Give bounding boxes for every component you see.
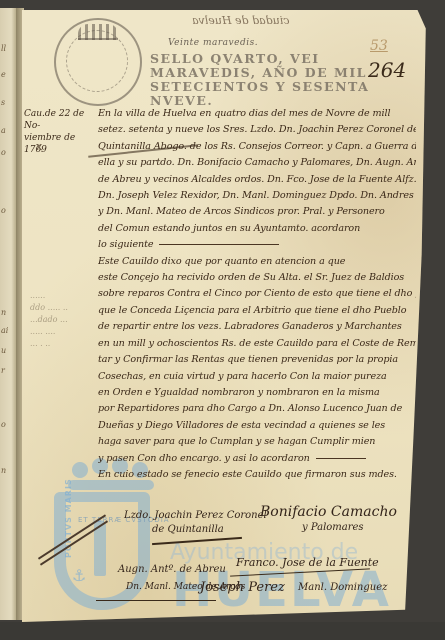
faded-bleed-text: ...... ddo ..... .. ...dado ... ..... ..… [30, 290, 94, 350]
text-line: Este Cauildo dixo que por quanto en aten… [98, 254, 416, 270]
watermark-anchor-icon: ⚓ [72, 566, 86, 585]
faded-line: ...dado ... [30, 314, 94, 326]
text-line-content: lo siguiente [98, 239, 153, 250]
signature: Franco. Jose de la Fuente [236, 556, 379, 569]
text-line: por Repartidores para dho Cargo a Dn. Al… [98, 401, 416, 417]
prev-page-fragment: s [1, 98, 5, 107]
text-line: Cosechas, en cuia virtud y para hacerlo … [98, 369, 416, 385]
text-line: tar y Confirmar las Rentas que tienen pr… [98, 352, 416, 368]
previous-page-edge: ll e s a o o n ai u r o n [0, 8, 16, 620]
text-line: sobre reparos Contra el Cinco por Ciento… [98, 286, 416, 302]
text-line: En la villa de Huelva en quatro dias del… [98, 106, 416, 122]
text-line: que le Conceda Liçencia para el Arbitrio… [98, 303, 416, 319]
margin-note-line: Cau.de 22 de No- [24, 108, 88, 132]
text-line: de Abreu y vecinos Alcaldes ordos. Dn. F… [98, 172, 416, 188]
seal-title-line: SELLO QVARTO, VEI [150, 52, 380, 66]
margin-note-line: viembre de 1769 [24, 132, 88, 156]
text-line: este Conçejo ha recivido orden de Su Alt… [98, 270, 416, 286]
text-line: y Dn. Manl. Mateo de Arcos Sindicos pror… [98, 204, 416, 220]
folio-number: 264 [368, 58, 406, 82]
text-line: en un mill y ochoscientos Rs. de este Ca… [98, 336, 416, 352]
margin-note: Cau.de 22 de No- viembre de 1769 [24, 108, 88, 156]
text-line: del Comun estando juntos en su Ayuntamto… [98, 221, 416, 237]
margin-mark: x [36, 140, 42, 153]
signature: y Palomares [302, 522, 364, 533]
text-line: haga saver para que lo Cumplan y se haga… [98, 434, 416, 450]
prev-page-fragment: u [1, 346, 6, 355]
text-line: Dn. Joseph Velez Rexidor, Dn. Manl. Domi… [98, 188, 416, 204]
prev-page-fragment: ai [1, 326, 8, 335]
signature: Lzdo. Joachin Perez Coronel [124, 510, 267, 521]
signature: de Quintanilla [152, 524, 224, 535]
text-line: Dueñas y Diego Villadores de esta vecind… [98, 418, 416, 434]
signature: Bonifacio Camacho [260, 504, 397, 520]
text-line: de repartir entre los vezs. Labradores G… [98, 319, 416, 335]
manuscript-body: En la villa de Huelva en quatro dias del… [98, 106, 416, 483]
prev-page-fragment: n [1, 466, 6, 475]
ink-bleed-through: ciudad de Huelva [192, 14, 289, 27]
faded-line: ddo ..... .. [30, 302, 94, 314]
prev-page-fragment: o [1, 206, 6, 215]
prev-page-fragment: n [1, 308, 6, 317]
sealed-paper-title: SELLO QVARTO, VEI MARAVEDIS, AÑO DE MIL … [150, 52, 380, 108]
prev-page-fragment: e [1, 70, 6, 79]
text-line: Quintanilla Abogo. de los Rs. Consejos C… [98, 139, 416, 155]
signature-flourish [96, 600, 216, 601]
line-end-rule [159, 244, 279, 245]
stamp-value-line: Veinte maravedis. [168, 38, 258, 48]
seal-inner-ring [66, 30, 128, 92]
seal-title-line: SETECIENTOS Y SESENTA [150, 80, 380, 94]
faded-line: ... . .. [30, 338, 94, 350]
text-line: en Orden e Ygualdad nombraron y nombraro… [98, 385, 416, 401]
text-line: y pasen Con dho encargo. y asi lo acorda… [98, 451, 416, 467]
text-line: ella y su partdo. Dn. Bonifacio Camacho … [98, 155, 416, 171]
seal-title-line: MARAVEDIS, AÑO DE MIL [150, 66, 380, 80]
line-end-rule [316, 458, 366, 459]
text-line: lo siguiente [98, 237, 416, 253]
text-line-content: y pasen Con dho encargo. y asi lo acorda… [98, 453, 310, 464]
signature: Manl. Dominguez [298, 582, 387, 593]
prev-page-fragment: o [1, 148, 6, 157]
scan-background [0, 622, 445, 640]
folio-number-old: 53 [370, 38, 388, 54]
prev-page-fragment: r [1, 366, 5, 375]
text-line: En cuio estado se fenecio este Cauildo q… [98, 467, 416, 483]
prev-page-fragment: ll [1, 44, 6, 53]
manuscript-page: ciudad de Huelva Veinte maravedis. SELLO… [22, 10, 434, 622]
prev-page-fragment: o [1, 420, 6, 429]
faded-line: ...... [30, 290, 94, 302]
prev-page-fragment: a [1, 126, 6, 135]
text-line: setez. setenta y nueve los Sres. Lzdo. D… [98, 122, 416, 138]
royal-seal-stamp [54, 18, 142, 106]
signature: Joseph Perez [200, 580, 285, 595]
signature: Augn. Antº. de Abreu [118, 564, 226, 575]
faded-line: ..... .... [30, 326, 94, 338]
